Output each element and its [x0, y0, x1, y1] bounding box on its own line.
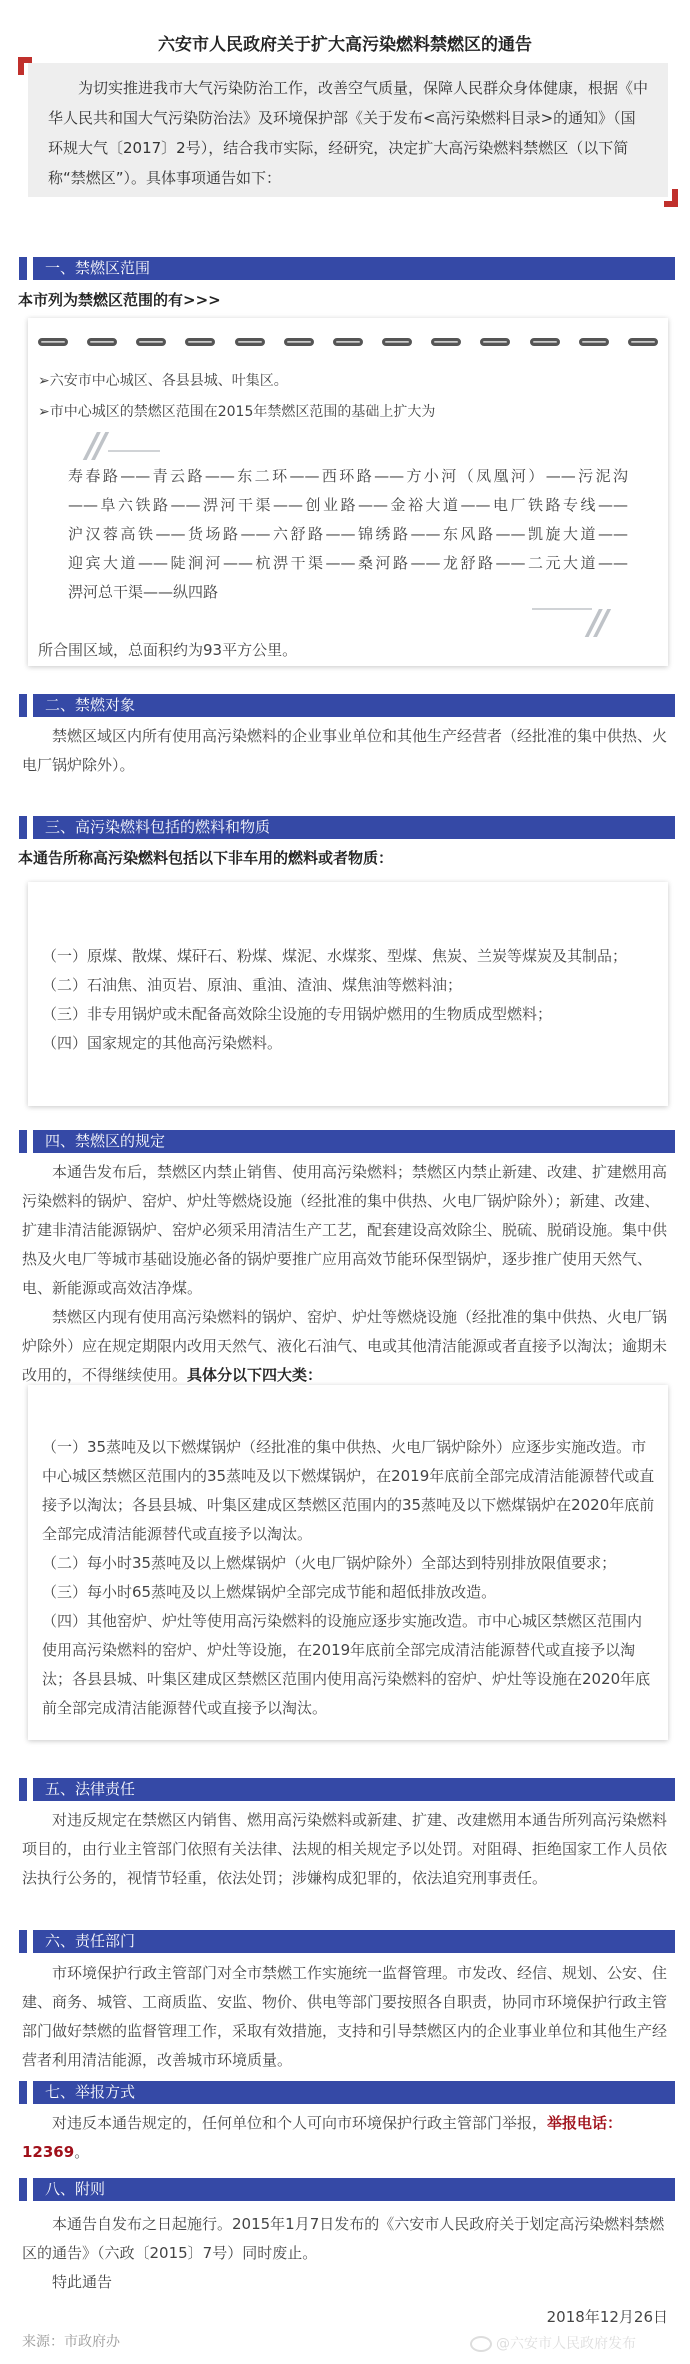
fuel-item-4: （四）国家规定的其他高污染燃料。	[42, 1029, 654, 1058]
section-5-body: 对违反规定在禁燃区内销售、燃用高污染燃料或新建、扩建、改建燃用本通告所列高污染燃…	[22, 1806, 672, 1893]
section-8-body: 本通告自发布之日起施行。2015年1月7日发布的《六安市人民政府关于划定高污染燃…	[22, 2210, 672, 2268]
binder-ring-icon	[480, 338, 510, 346]
binder-ring-icon	[579, 338, 609, 346]
boiler-rule-1: （一）35蒸吨及以下燃煤锅炉（经批准的集中供热、火电厂锅炉除外）应逐步实施改造。…	[42, 1433, 656, 1549]
section-6-body: 市环境保护行政主管部门对全市禁燃工作实施统一监督管理。市发改、经信、规划、公安、…	[22, 1959, 672, 2075]
section-heading-7: 七、举报方式	[19, 2081, 675, 2104]
section-7-body: 对违反本通告规定的，任何单位和个人可向市环境保护行政主管部门举报，举报电话：12…	[22, 2109, 672, 2167]
section-heading-8: 八、附则	[19, 2178, 675, 2201]
section-3-lead: 本通告所称高污染燃料包括以下非车用的燃料或者物质：	[18, 847, 393, 868]
section-heading-2: 二、禁燃对象	[19, 694, 675, 717]
intro-block: 为切实推进我市大气污染防治工作，改善空气质量，保障人民群众身体健康，根据《中华人…	[18, 57, 678, 207]
binder-ring-icon	[431, 338, 461, 346]
section-4-para-2: 禁燃区内现有使用高污染燃料的锅炉、窑炉、炉灶等燃烧设施（经批准的集中供热、火电厂…	[22, 1303, 672, 1390]
binder-ring-icon	[530, 338, 560, 346]
boiler-rule-4: （四）其他窑炉、炉灶等使用高污染燃料的设施应逐步实施改造。市中心城区禁燃区范围内…	[42, 1607, 656, 1723]
section-heading-4: 四、禁燃区的规定	[19, 1130, 675, 1153]
closing-statement: 特此通告	[22, 2268, 672, 2297]
binder-ring-icon	[382, 338, 412, 346]
issue-date: 2018年12月26日	[547, 2306, 668, 2327]
hotline-number: 12369	[22, 2143, 74, 2161]
scope-bullet-2: ➢市中心城区的禁燃区范围在2015年禁燃区范围的基础上扩大为	[38, 398, 435, 427]
hotline-label: 举报电话：	[547, 2114, 622, 2132]
section-heading-6: 六、责任部门	[19, 1930, 675, 1953]
boiler-rule-2: （二）每小时35蒸吨及以上燃煤锅炉（火电厂锅炉除外）全部达到特别排放限值要求；	[42, 1549, 656, 1578]
fuel-list-card: （一）原煤、散煤、煤矸石、粉煤、煤泥、水煤浆、型煤、焦炭、兰炭等煤炭及其制品； …	[28, 882, 668, 1106]
route-line-5: 淠河总干渠——纵四路	[68, 578, 628, 607]
route-line-2: ——阜六铁路——淠河干渠——创业路——金裕大道——电厂铁路专线——	[68, 491, 628, 520]
source-label: 来源：市政府办	[22, 2331, 120, 2351]
corner-bracket-bottom-right	[664, 189, 678, 207]
binder-ring-icon	[284, 338, 314, 346]
section-4-para-1: 本通告发布后，禁燃区内禁止销售、使用高污染燃料；禁燃区内禁止新建、改建、扩建燃用…	[22, 1158, 672, 1303]
binder-ring-icon	[628, 338, 658, 346]
route-line-3: 沪汉蓉高铁——货场路——六舒路——锦绣路——东风路——凯旋大道——	[68, 520, 628, 549]
intro-text: 为切实推进我市大气污染防治工作，改善空气质量，保障人民群众身体健康，根据《中华人…	[48, 73, 650, 193]
route-line-4: 迎宾大道——陡涧河——杭淠干渠——桑河路——龙舒路——二元大道——	[68, 549, 628, 578]
fuel-item-2: （二）石油焦、油页岩、原油、重油、渣油、煤焦油等燃料油；	[42, 971, 654, 1000]
boiler-rule-3: （三）每小时65蒸吨及以上燃煤锅炉全部完成节能和超低排放改造。	[42, 1578, 656, 1607]
route-line-1: 寿春路——青云路——东二环——西环路——方小河（凤凰河）——污泥沟	[68, 462, 628, 491]
binder-rings	[38, 338, 658, 346]
fuel-list: （一）原煤、散煤、煤矸石、粉煤、煤泥、水煤浆、型煤、焦炭、兰炭等煤炭及其制品； …	[42, 942, 654, 1058]
four-categories-label: 具体分以下四大类：	[187, 1366, 322, 1384]
binder-ring-icon	[333, 338, 363, 346]
binder-ring-icon	[235, 338, 265, 346]
open-quote-icon: //	[86, 426, 103, 466]
weibo-icon	[470, 2336, 492, 2352]
notice-title: 六安市人民政府关于扩大高污染燃料禁燃区的通告	[0, 30, 690, 55]
section-heading-1: 一、禁燃区范围	[19, 257, 675, 280]
boiler-rules-list: （一）35蒸吨及以下燃煤锅炉（经批准的集中供热、火电厂锅炉除外）应逐步实施改造。…	[42, 1433, 656, 1723]
binder-ring-icon	[38, 338, 68, 346]
scope-closing: 所合围区域，总面积约为93平方公里。	[38, 636, 297, 665]
fuel-item-1: （一）原煤、散煤、煤矸石、粉煤、煤泥、水煤浆、型煤、焦炭、兰炭等煤炭及其制品；	[42, 942, 654, 971]
section-2-body: 禁燃区域区内所有使用高污染燃料的企业事业单位和其他生产经营者（经批准的集中供热、…	[22, 722, 672, 780]
binder-ring-icon	[136, 338, 166, 346]
weibo-watermark: @六安市人民政府发布	[470, 2333, 636, 2353]
fuel-item-3: （三）非专用锅炉或未配备高效除尘设施的专用锅炉燃用的生物质成型燃料；	[42, 1000, 654, 1029]
boiler-rules-card: （一）35蒸吨及以下燃煤锅炉（经批准的集中供热、火电厂锅炉除外）应逐步实施改造。…	[28, 1385, 668, 1740]
scope-bullet-1: ➢六安市中心城区、各县县城、叶集区。	[38, 367, 288, 396]
section-heading-3: 三、高污染燃料包括的燃料和物质	[19, 816, 675, 839]
section-1-lead: 本市列为禁燃区范围的有>>>	[18, 289, 221, 310]
section-heading-5: 五、法律责任	[19, 1778, 675, 1801]
binder-ring-icon	[185, 338, 215, 346]
binder-ring-icon	[87, 338, 117, 346]
intro-box: 为切实推进我市大气污染防治工作，改善空气质量，保障人民群众身体健康，根据《中华人…	[28, 63, 668, 197]
